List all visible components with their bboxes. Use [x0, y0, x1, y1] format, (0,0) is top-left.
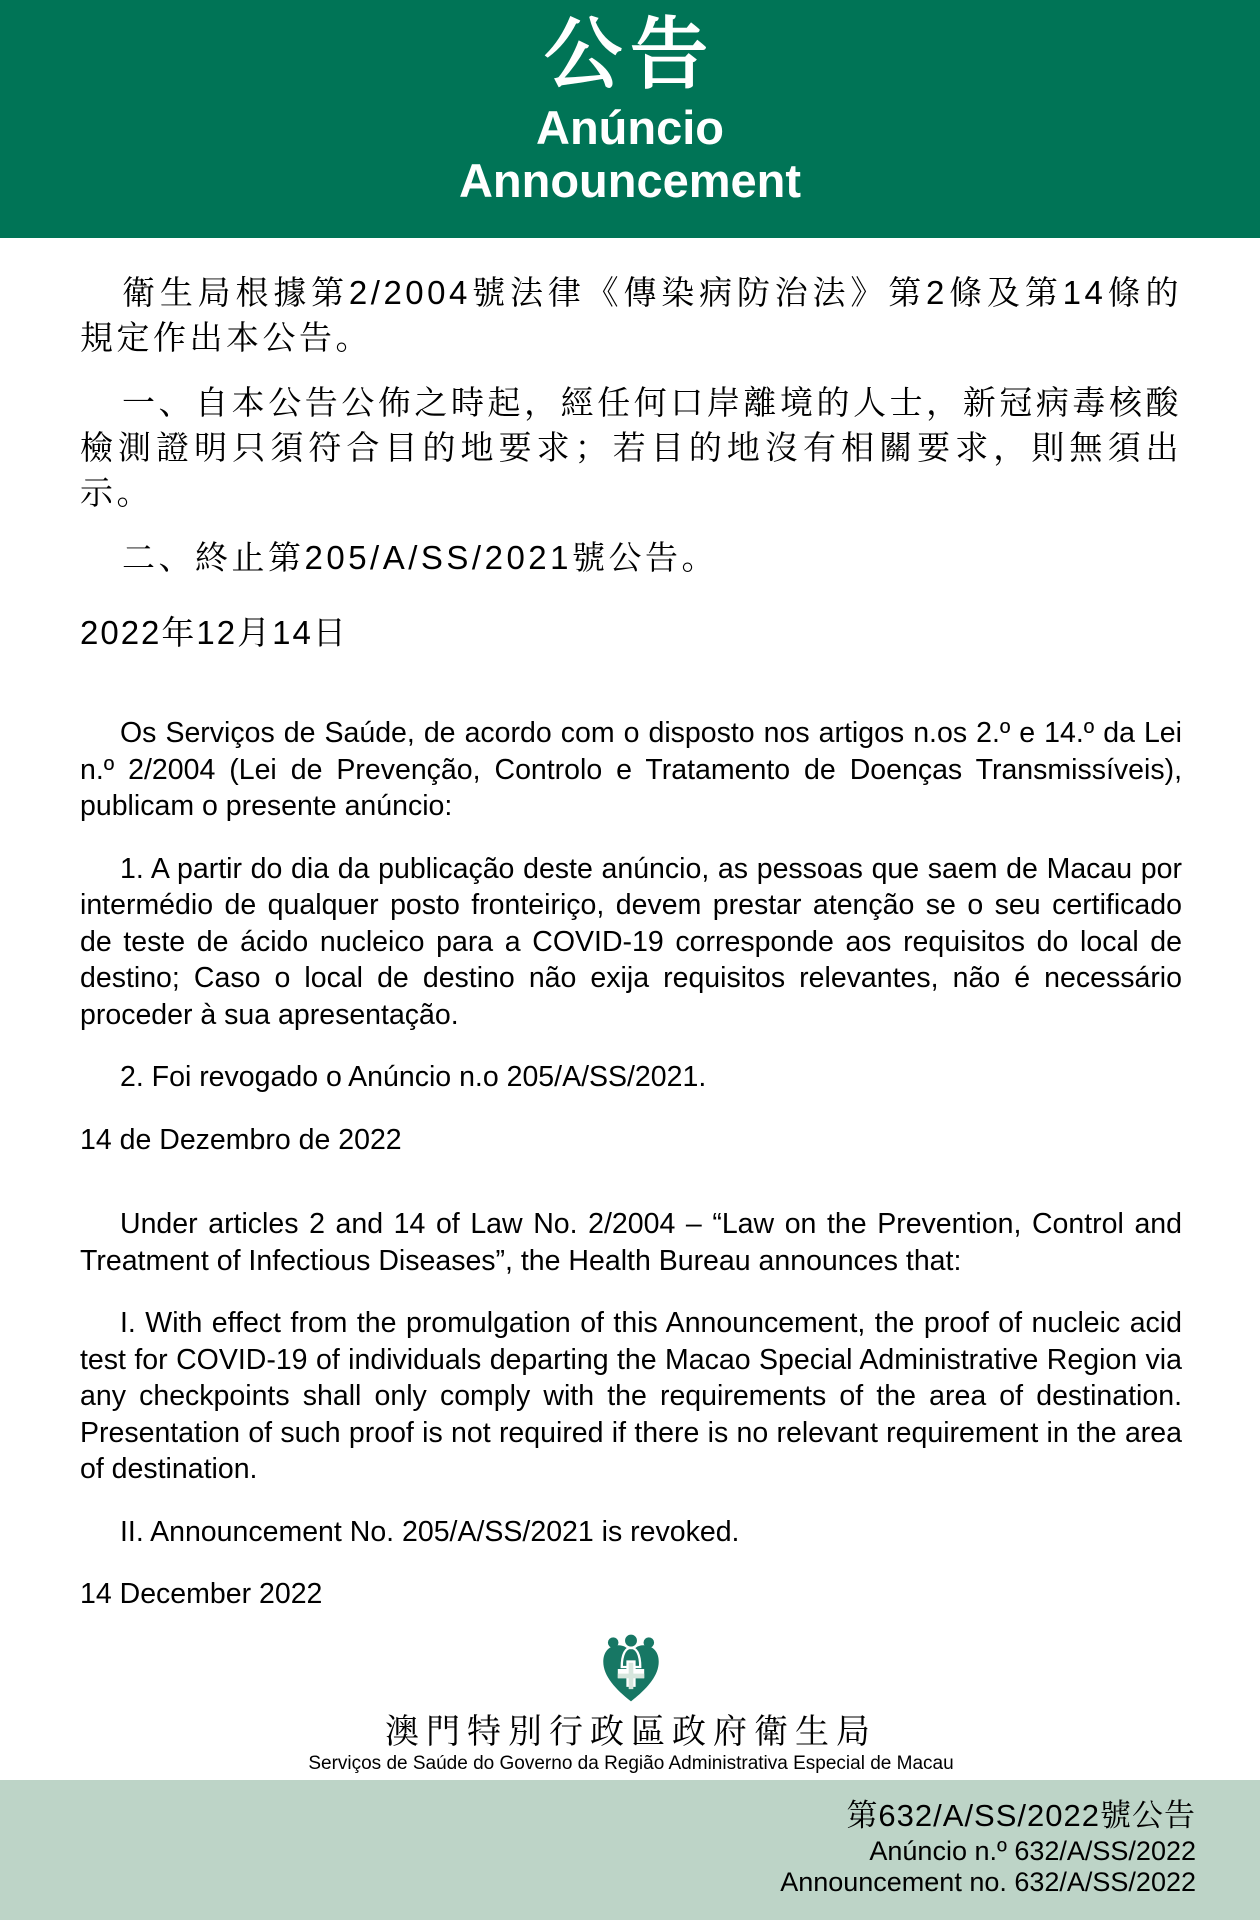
english-paragraph-1: Under articles 2 and 14 of Law No. 2/200… [80, 1206, 1182, 1279]
issuer-name-portuguese: Serviços de Saúde do Governo da Região A… [80, 1753, 1182, 1776]
english-section: Under articles 2 and 14 of Law No. 2/200… [80, 1206, 1182, 1613]
header-banner: 公告 Anúncio Announcement [0, 0, 1260, 238]
announcement-document: 公告 Anúncio Announcement 衛生局根據第2/2004號法律《… [0, 0, 1260, 1920]
health-bureau-heart-cross-logo-icon [598, 1632, 664, 1706]
portuguese-paragraph-3: 2. Foi revogado o Anúncio n.o 205/A/SS/2… [80, 1059, 1182, 1096]
chinese-section: 衛生局根據第2/2004號法律《傳染病防治法》第2條及第14條的規定作出本公告。… [80, 270, 1182, 655]
chinese-paragraph-3: 二、終止第205/A/SS/2021號公告。 [80, 535, 1182, 580]
portuguese-section: Os Serviços de Saúde, de acordo com o di… [80, 715, 1182, 1158]
portuguese-date: 14 de Dezembro de 2022 [80, 1122, 1182, 1159]
issuer-name-chinese: 澳門特別行政區政府衛生局 [80, 1713, 1182, 1752]
announcement-number-english: Announcement no. 632/A/SS/2022 [0, 1867, 1196, 1898]
announcement-number-chinese: 第632/A/SS/2022號公告 [0, 1796, 1196, 1836]
announcement-number-portuguese: Anúncio n.º 632/A/SS/2022 [0, 1836, 1196, 1867]
english-paragraph-3: II. Announcement No. 205/A/SS/2021 is re… [80, 1514, 1182, 1551]
chinese-date: 2022年12月14日 [80, 610, 1182, 655]
chinese-paragraph-2: 一、自本公告公佈之時起，經任何口岸離境的人士，新冠病毒核酸檢測證明只須符合目的地… [80, 380, 1182, 515]
document-body: 衛生局根據第2/2004號法律《傳染病防治法》第2條及第14條的規定作出本公告。… [0, 238, 1260, 1780]
title-portuguese: Anúncio [0, 102, 1260, 154]
title-chinese: 公告 [0, 8, 1260, 100]
chinese-paragraph-1: 衛生局根據第2/2004號法律《傳染病防治法》第2條及第14條的規定作出本公告。 [80, 270, 1182, 360]
portuguese-paragraph-2: 1. A partir do dia da publicação deste a… [80, 851, 1182, 1034]
english-paragraph-2: I. With effect from the promulgation of … [80, 1305, 1182, 1488]
portuguese-paragraph-1: Os Serviços de Saúde, de acordo com o di… [80, 715, 1182, 825]
issuer-block: 澳門特別行政區政府衛生局 Serviços de Saúde do Govern… [80, 1632, 1182, 1780]
title-english: Announcement [0, 154, 1260, 208]
english-date: 14 December 2022 [80, 1576, 1182, 1613]
footer-band: 第632/A/SS/2022號公告 Anúncio n.º 632/A/SS/2… [0, 1780, 1260, 1920]
